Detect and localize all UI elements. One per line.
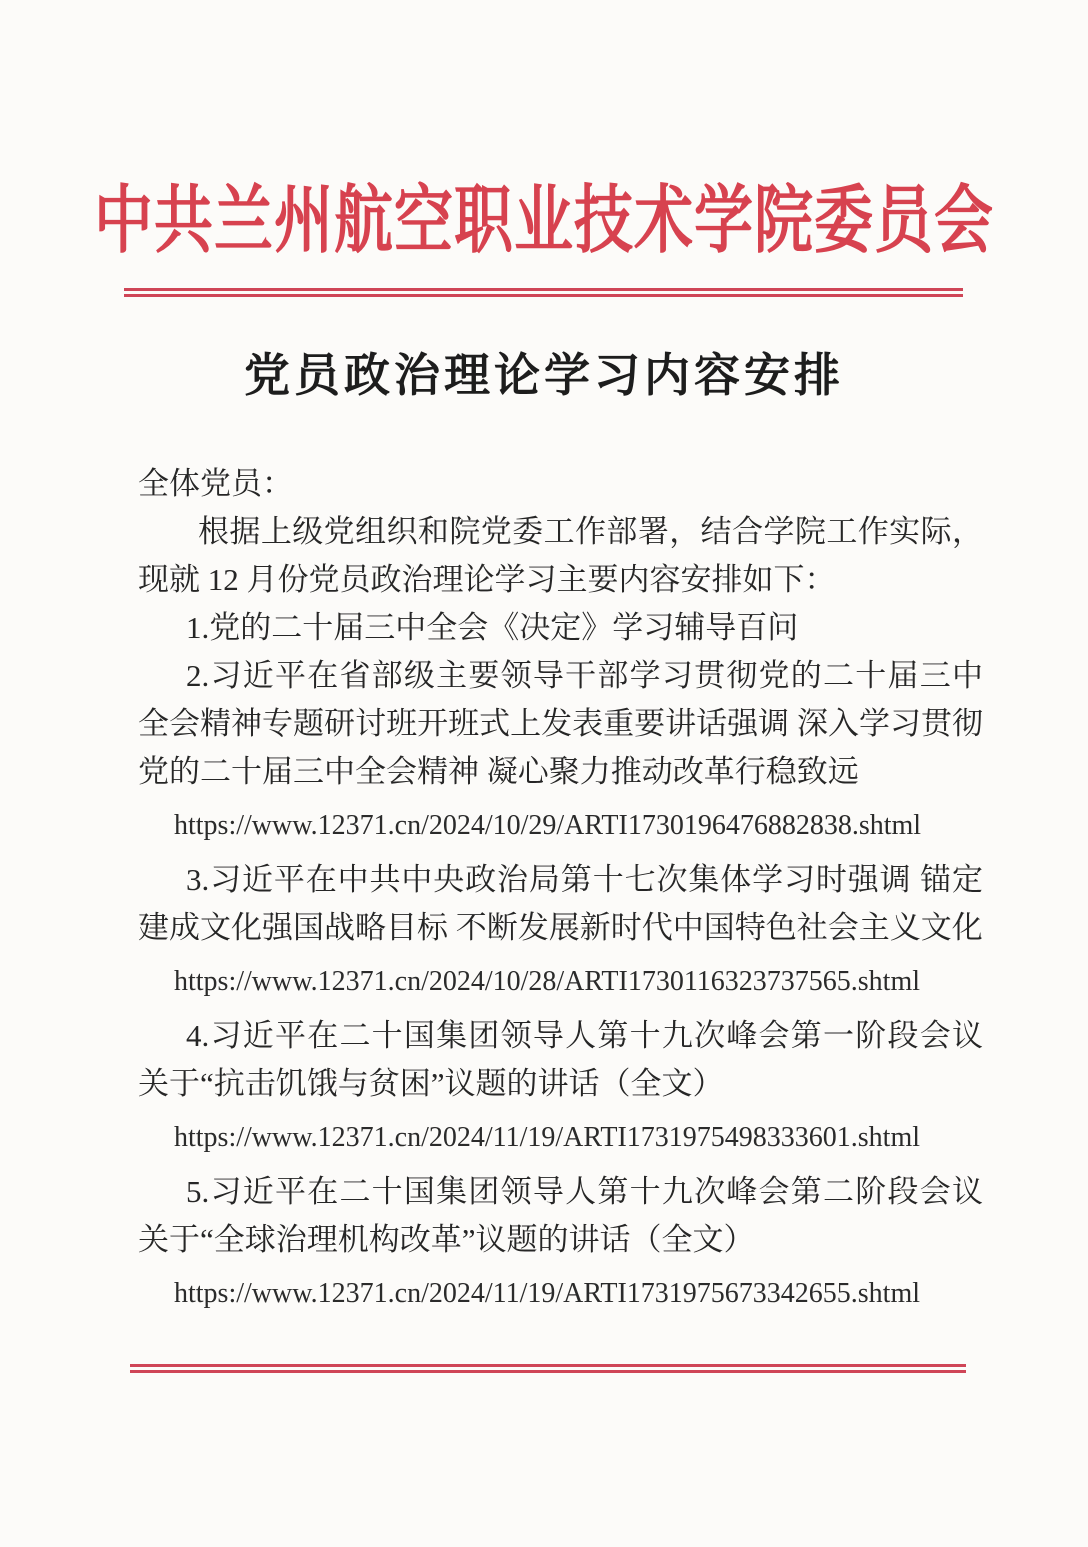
letterhead-title: 中共兰州航空职业技术学院委员会	[0, 184, 1088, 258]
document-body: 全体党员： 根据上级党组织和院党委工作部署，结合学院工作实际，现就 12 月份党…	[138, 460, 983, 1324]
red-rule-line	[130, 1370, 966, 1373]
scanned-document-page: 中共兰州航空职业技术学院委员会 党员政治理论学习内容安排 全体党员： 根据上级党…	[0, 0, 1088, 1547]
study-item-4: 4.习近平在二十国集团领导人第十九次峰会第一阶段会议关于“抗击饥饿与贫困”议题的…	[138, 1012, 983, 1108]
study-item-2: 2.习近平在省部级主要领导干部学习贯彻党的二十届三中全会精神专题研讨班开班式上发…	[138, 652, 983, 796]
study-item-3: 3.习近平在中共中央政治局第十七次集体学习时强调 锚定建成文化强国战略目标 不断…	[138, 856, 983, 952]
study-item-3-url: https://www.12371.cn/2024/10/28/ARTI1730…	[138, 958, 983, 1006]
footer-double-rule	[130, 1364, 966, 1373]
study-item-5: 5.习近平在二十国集团领导人第十九次峰会第二阶段会议关于“全球治理机构改革”议题…	[138, 1168, 983, 1264]
document-title: 党员政治理论学习内容安排	[0, 351, 1088, 402]
study-item-2-url: https://www.12371.cn/2024/10/29/ARTI1730…	[138, 802, 983, 850]
salutation-line: 全体党员：	[138, 460, 983, 508]
letterhead-double-rule	[124, 288, 963, 297]
study-item-4-url: https://www.12371.cn/2024/11/19/ARTI1731…	[138, 1114, 983, 1162]
intro-paragraph: 根据上级党组织和院党委工作部署，结合学院工作实际，现就 12 月份党员政治理论学…	[138, 508, 983, 604]
study-item-5-url: https://www.12371.cn/2024/11/19/ARTI1731…	[138, 1270, 983, 1318]
red-rule-line	[124, 294, 963, 297]
study-item-1: 1.党的二十届三中全会《决定》学习辅导百问	[138, 604, 983, 652]
